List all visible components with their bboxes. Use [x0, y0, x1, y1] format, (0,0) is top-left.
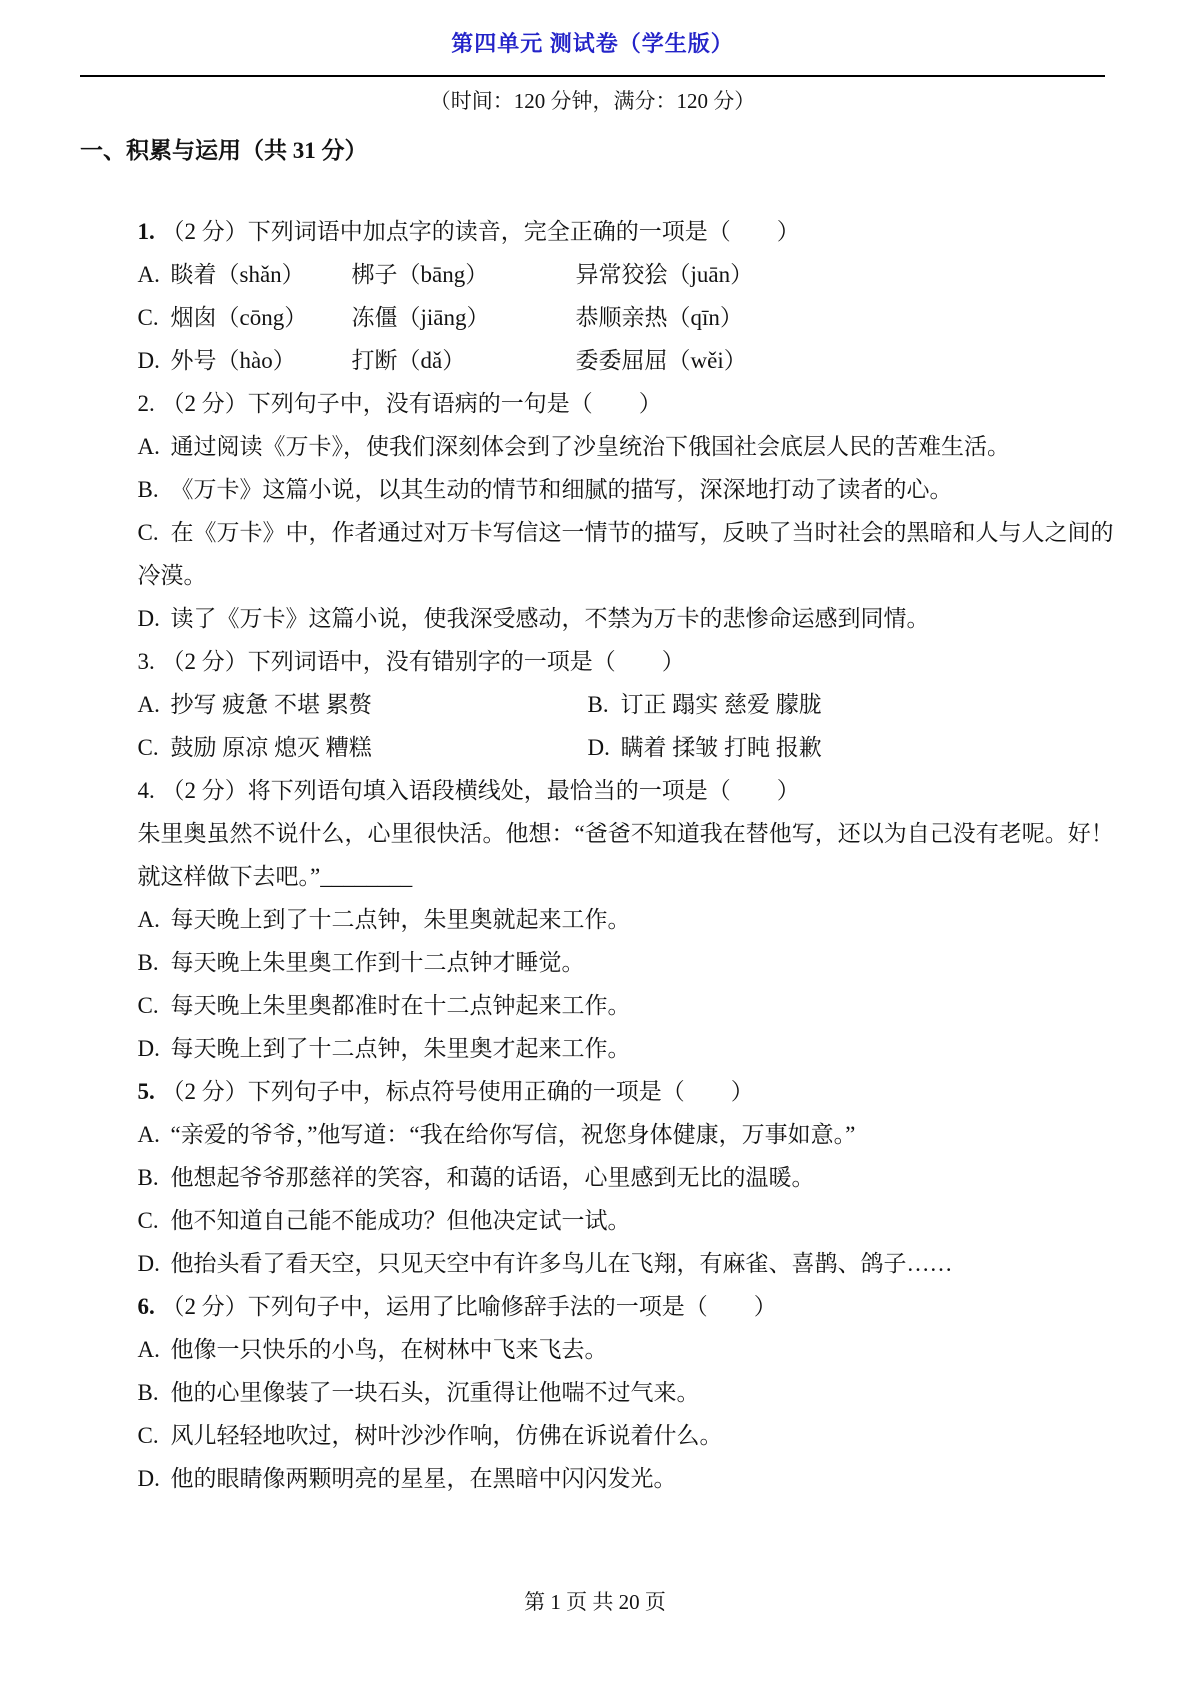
- option-label: D.: [138, 597, 171, 640]
- option-text: 每天晚上朱里奥都准时在十二点钟起来工作。: [171, 993, 631, 1018]
- option-left: A.抄写 疲惫 不堪 累赘: [138, 683, 588, 726]
- question-stem-text: （2 分）下列词语中，没有错别字的一项是（ ）: [162, 649, 685, 674]
- option-text: 他想起爷爷那慈祥的笑容，和蔼的话语，心里感到无比的温暖。: [171, 1165, 815, 1190]
- document-page: 第四单元 测试卷（学生版） （时间：120 分钟，满分：120 分） 一、积累与…: [0, 0, 1190, 1682]
- option-label: B.: [138, 1371, 171, 1414]
- question-1: 1.（2 分）下列词语中加点字的读音，完全正确的一项是（ ） A.睒着（shǎn…: [80, 167, 1105, 339]
- question-stem: 1.（2 分）下列词语中加点字的读音，完全正确的一项是（ ）: [80, 167, 1105, 210]
- option-text: 订正 蹋实 慈爱 朦胧: [621, 692, 822, 717]
- option-word-group: 烟囱（cōng）: [171, 296, 352, 339]
- question-list: 1.（2 分）下列词语中加点字的读音，完全正确的一项是（ ） A.睒着（shǎn…: [80, 167, 1105, 1457]
- option-word-group: 恭顺亲热（qīn）: [576, 305, 743, 330]
- question-number: 5.: [138, 1070, 162, 1113]
- question-number: 2.: [138, 382, 162, 425]
- option-text: “亲爱的爷爷，”他写道：“我在给你写信，祝您身体健康，万事如意。”: [171, 1122, 856, 1147]
- option-word-group: 外号（hào）: [171, 339, 352, 382]
- option-text: 他的心里像装了一块石头，沉重得让他喘不过气来。: [171, 1380, 700, 1405]
- question-stem-text: （2 分）下列词语中加点字的读音，完全正确的一项是（ ）: [162, 219, 800, 244]
- question-number: 4.: [138, 769, 162, 812]
- option-label: B.: [138, 1156, 171, 1199]
- option-word-group: 委委屈屈（wěi）: [576, 348, 747, 373]
- option-text: 每天晚上朱里奥工作到十二点钟才睡觉。: [171, 950, 585, 975]
- option-right: B.订正 蹋实 慈爱 朦胧: [588, 692, 822, 717]
- page-content: 第四单元 测试卷（学生版） （时间：120 分钟，满分：120 分） 一、积累与…: [0, 0, 1190, 1457]
- option-text: 《万卡》这篇小说，以其生动的情节和细腻的描写，深深地打动了读者的心。: [171, 477, 953, 502]
- option-text: 读了《万卡》这篇小说，使我深受感动，不禁为万卡的悲惨命运感到同情。: [171, 606, 930, 631]
- title-divider: [80, 75, 1105, 77]
- option-text: 在《万卡》中，作者通过对万卡写信这一情节的描写，反映了当时社会的黑暗和人与人之间…: [171, 520, 1114, 545]
- option-text: 每天晚上到了十二点钟，朱里奥就起来工作。: [171, 907, 631, 932]
- passage-text: 就这样做下去吧。”________: [138, 864, 413, 889]
- page-title: 第四单元 测试卷（学生版）: [80, 30, 1105, 58]
- question-number: 3.: [138, 640, 162, 683]
- option-label: A.: [138, 1328, 171, 1371]
- question-number: 6.: [138, 1285, 162, 1328]
- option-label: B.: [138, 941, 171, 984]
- option-label: C.: [138, 1414, 171, 1457]
- option-word-group: 打断（dǎ）: [352, 339, 576, 382]
- option-text: 抄写 疲惫 不堪 累赘: [171, 692, 372, 717]
- option-word-group: 梆子（bāng）: [352, 253, 576, 296]
- question-stem-text: （2 分）下列句子中，运用了比喻修辞手法的一项是（ ）: [162, 1294, 777, 1319]
- option-label: A.: [138, 253, 171, 296]
- passage-text: 朱里奥虽然不说什么，心里很快活。他想：“爸爸不知道我在替他写，还以为自己没有老呢…: [138, 821, 1114, 846]
- question-stem-text: （2 分）下列句子中，标点符号使用正确的一项是（ ）: [162, 1079, 754, 1104]
- option-text: 通过阅读《万卡》，使我们深刻体会到了沙皇统治下俄国社会底层人民的苦难生活。: [171, 434, 1011, 459]
- option-text: 鼓励 原凉 熄灭 糟糕: [171, 735, 372, 760]
- option-word-group: 睒着（shǎn）: [171, 253, 352, 296]
- option-label: C.: [138, 296, 171, 339]
- option-label: B.: [588, 683, 621, 726]
- option-label: C.: [138, 726, 171, 769]
- option-text: 风儿轻轻地吹过，树叶沙沙作响，仿佛在诉说着什么。: [171, 1423, 723, 1448]
- option-label: D.: [588, 726, 621, 769]
- question-stem-text: （2 分）将下列语句填入语段横线处，最恰当的一项是（ ）: [162, 778, 800, 803]
- option-text: 每天晚上到了十二点钟，朱里奥才起来工作。: [171, 1036, 631, 1061]
- option-label: A.: [138, 898, 171, 941]
- option-text: 他像一只快乐的小鸟，在树林中飞来飞去。: [171, 1337, 608, 1362]
- option-label: C.: [138, 984, 171, 1027]
- option-left: C.鼓励 原凉 熄灭 糟糕: [138, 726, 588, 769]
- option-label: C.: [138, 1199, 171, 1242]
- option-label: D.: [138, 1242, 171, 1285]
- option-label: A.: [138, 683, 171, 726]
- question-number: 1.: [138, 210, 162, 253]
- option-label: A.: [138, 425, 171, 468]
- option-label: A.: [138, 1113, 171, 1156]
- section-heading: 一、积累与运用（共 31 分）: [80, 135, 1105, 167]
- option-text: 他的眼睛像两颗明亮的星星，在黑暗中闪闪发光。: [171, 1466, 677, 1491]
- option-label: D.: [138, 339, 171, 382]
- page-number: 第 1 页 共 20 页: [0, 1586, 1190, 1616]
- option-text: 瞒着 揉皱 打盹 报歉: [621, 735, 822, 760]
- option-word-group: 异常狡狯（juān）: [576, 262, 754, 287]
- option-row: D.读了《万卡》这篇小说，使我深受感动，不禁为万卡的悲惨命运感到同情。: [80, 554, 1105, 597]
- option-label: B.: [138, 468, 171, 511]
- option-word-group: 冻僵（jiāng）: [352, 296, 576, 339]
- option-text: 他不知道自己能不能成功？但他决定试一试。: [171, 1208, 631, 1233]
- option-label: C.: [138, 511, 171, 554]
- option-label: D.: [138, 1457, 171, 1500]
- exam-time-score-info: （时间：120 分钟，满分：120 分）: [80, 87, 1105, 115]
- option-label: D.: [138, 1027, 171, 1070]
- option-text: 他抬头看了看天空，只见天空中有许多鸟儿在飞翔，有麻雀、喜鹊、鸽子……: [171, 1251, 953, 1276]
- question-stem-text: （2 分）下列句子中，没有语病的一句是（ ）: [162, 391, 662, 416]
- question-4: 4.（2 分）将下列语句填入语段横线处，最恰当的一项是（ ） 朱里奥虽然不说什么…: [80, 726, 1105, 1027]
- option-text: 冷漠。: [138, 563, 207, 588]
- option-right: D.瞒着 揉皱 打盹 报歉: [588, 735, 822, 760]
